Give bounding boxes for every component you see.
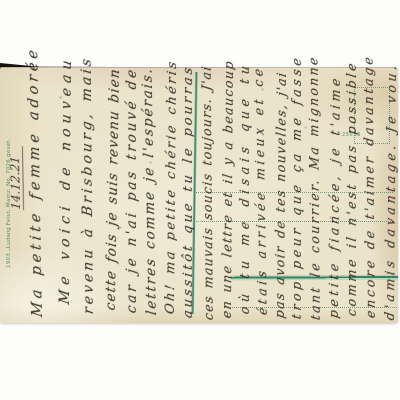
paper-specks	[0, 67, 1, 68]
handwriting-column: encore de t'aimer davantage	[361, 53, 378, 319]
handwriting-column: cette fois je suis revenu bien	[103, 67, 123, 312]
handwriting-column: Me voici de nouveau	[57, 54, 75, 305]
handwriting-column: car je n'ai pas trouvé de	[124, 66, 140, 314]
handwriting-column: revenu à Brisbourg, mais	[79, 55, 97, 315]
handwriting-column: comme il n'est pas possible	[344, 60, 359, 318]
handwriting-column: ces mauvais soucis toujours. J'ai	[199, 64, 216, 321]
photo-background: 25613 1903 „Ludwig Feist, Mainz. No. 702…	[0, 0, 400, 400]
handwriting-column: pas avoir de tes nouvelles, j'ai	[272, 70, 289, 319]
handwriting-column: d'amis davantage. Je vou.	[382, 61, 399, 321]
handwriting-column: où tu me disais que tu	[237, 60, 252, 315]
handwriting-column: en une lettre et il y a beaucoup	[219, 59, 236, 319]
handwriting-column: petite fiancée, je t'aime	[326, 74, 343, 319]
handwriting-column: trop peur que ça me fasse	[289, 54, 304, 320]
handwriting-column: étais arrivée mieux et ce	[251, 64, 270, 315]
handwriting-column: Oh! ma petite chérie chéris	[163, 58, 180, 315]
handwriting-column: Ma petite femme adorée	[25, 45, 46, 318]
handwriting-column: aussitôt que tu le pourras	[181, 64, 196, 319]
handwritten-date: 14.12.21	[8, 145, 24, 210]
handwriting-column: tant le courrier. Ma mignonne	[306, 54, 323, 321]
handwriting-column: lettres comme je l'espérais.	[140, 66, 160, 316]
postcard: 25613 1903 „Ludwig Feist, Mainz. No. 702…	[0, 67, 398, 323]
